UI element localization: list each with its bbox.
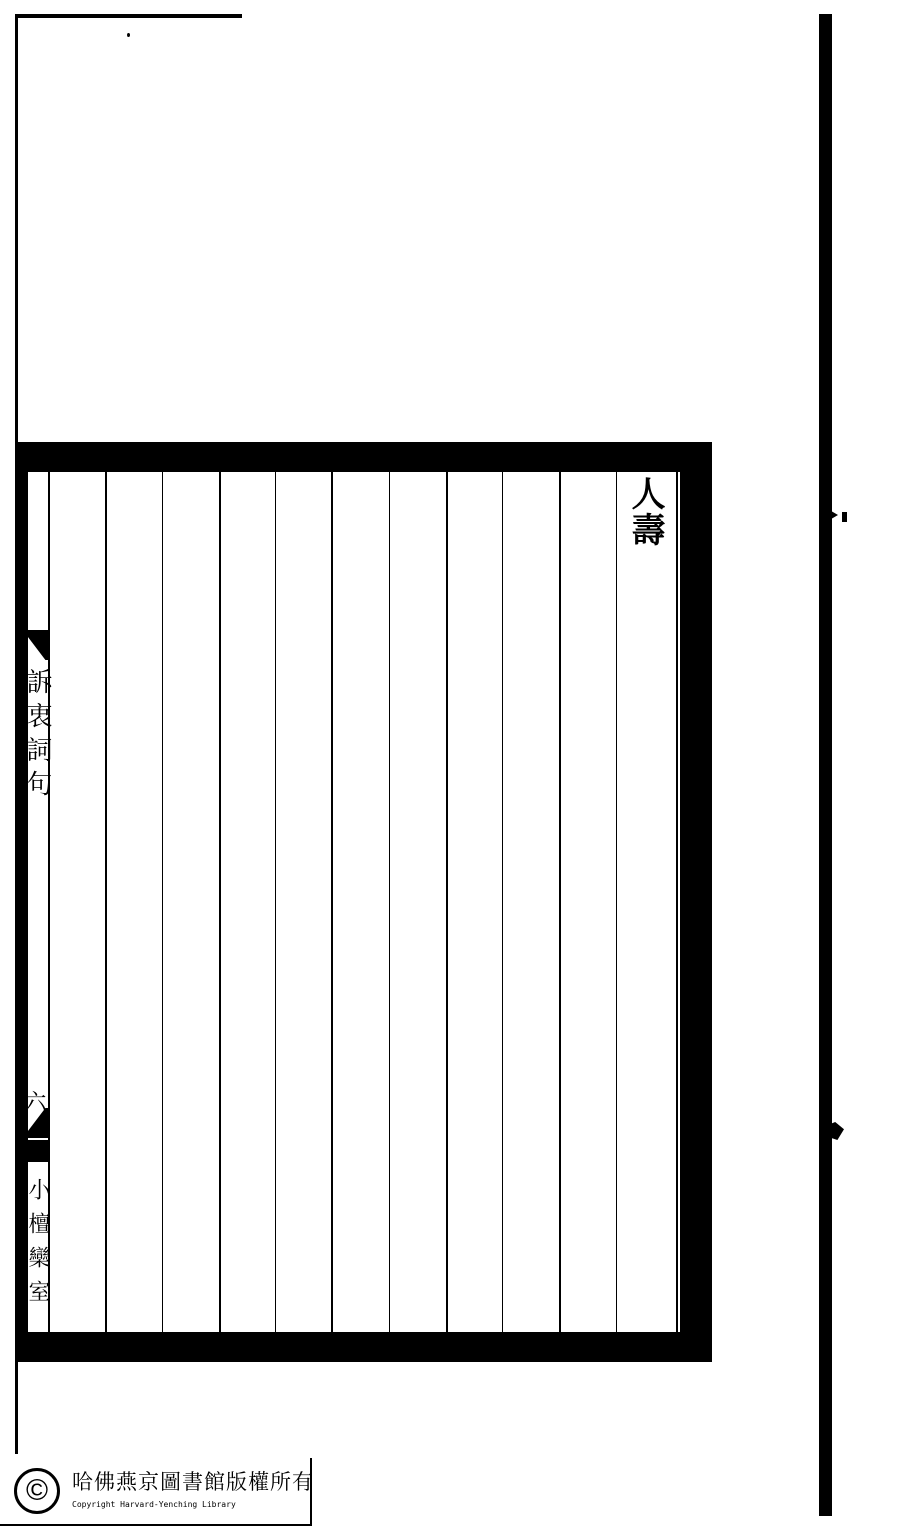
- column-rule: [219, 472, 221, 1332]
- printed-frame-body: [26, 472, 680, 1332]
- column-rule: [559, 472, 561, 1332]
- column-rule: [389, 472, 390, 1332]
- banner-divider-block: [20, 1140, 48, 1162]
- banner-title: 訴衷詞句: [24, 668, 50, 804]
- column-text: 人壽: [628, 476, 662, 548]
- binding-spine: [819, 14, 832, 1516]
- copyright-chinese: 哈佛燕京圖書館版權所有: [72, 1466, 314, 1496]
- column-rule: [331, 472, 333, 1332]
- copyright-icon: ©: [14, 1468, 60, 1514]
- ink-speck: [127, 33, 130, 37]
- column-rule: [105, 472, 107, 1332]
- page-top-edge: [16, 14, 242, 18]
- banner-studio-name: 小檀欒室: [26, 1178, 48, 1314]
- column-rule: [275, 472, 276, 1332]
- copyright-english: Copyright Harvard-Yenching Library: [72, 1500, 236, 1509]
- copyright-stamp: © 哈佛燕京圖書館版權所有 Copyright Harvard-Yenching…: [0, 1458, 312, 1526]
- spine-notch: [826, 508, 838, 522]
- column-rule: [446, 472, 448, 1332]
- spine-notch: [842, 512, 847, 522]
- banner-juan-number: 六: [22, 1090, 44, 1112]
- column-rule: [676, 472, 678, 1332]
- column-rule: [616, 472, 617, 1332]
- column-rule: [162, 472, 163, 1332]
- column-rule: [502, 472, 503, 1332]
